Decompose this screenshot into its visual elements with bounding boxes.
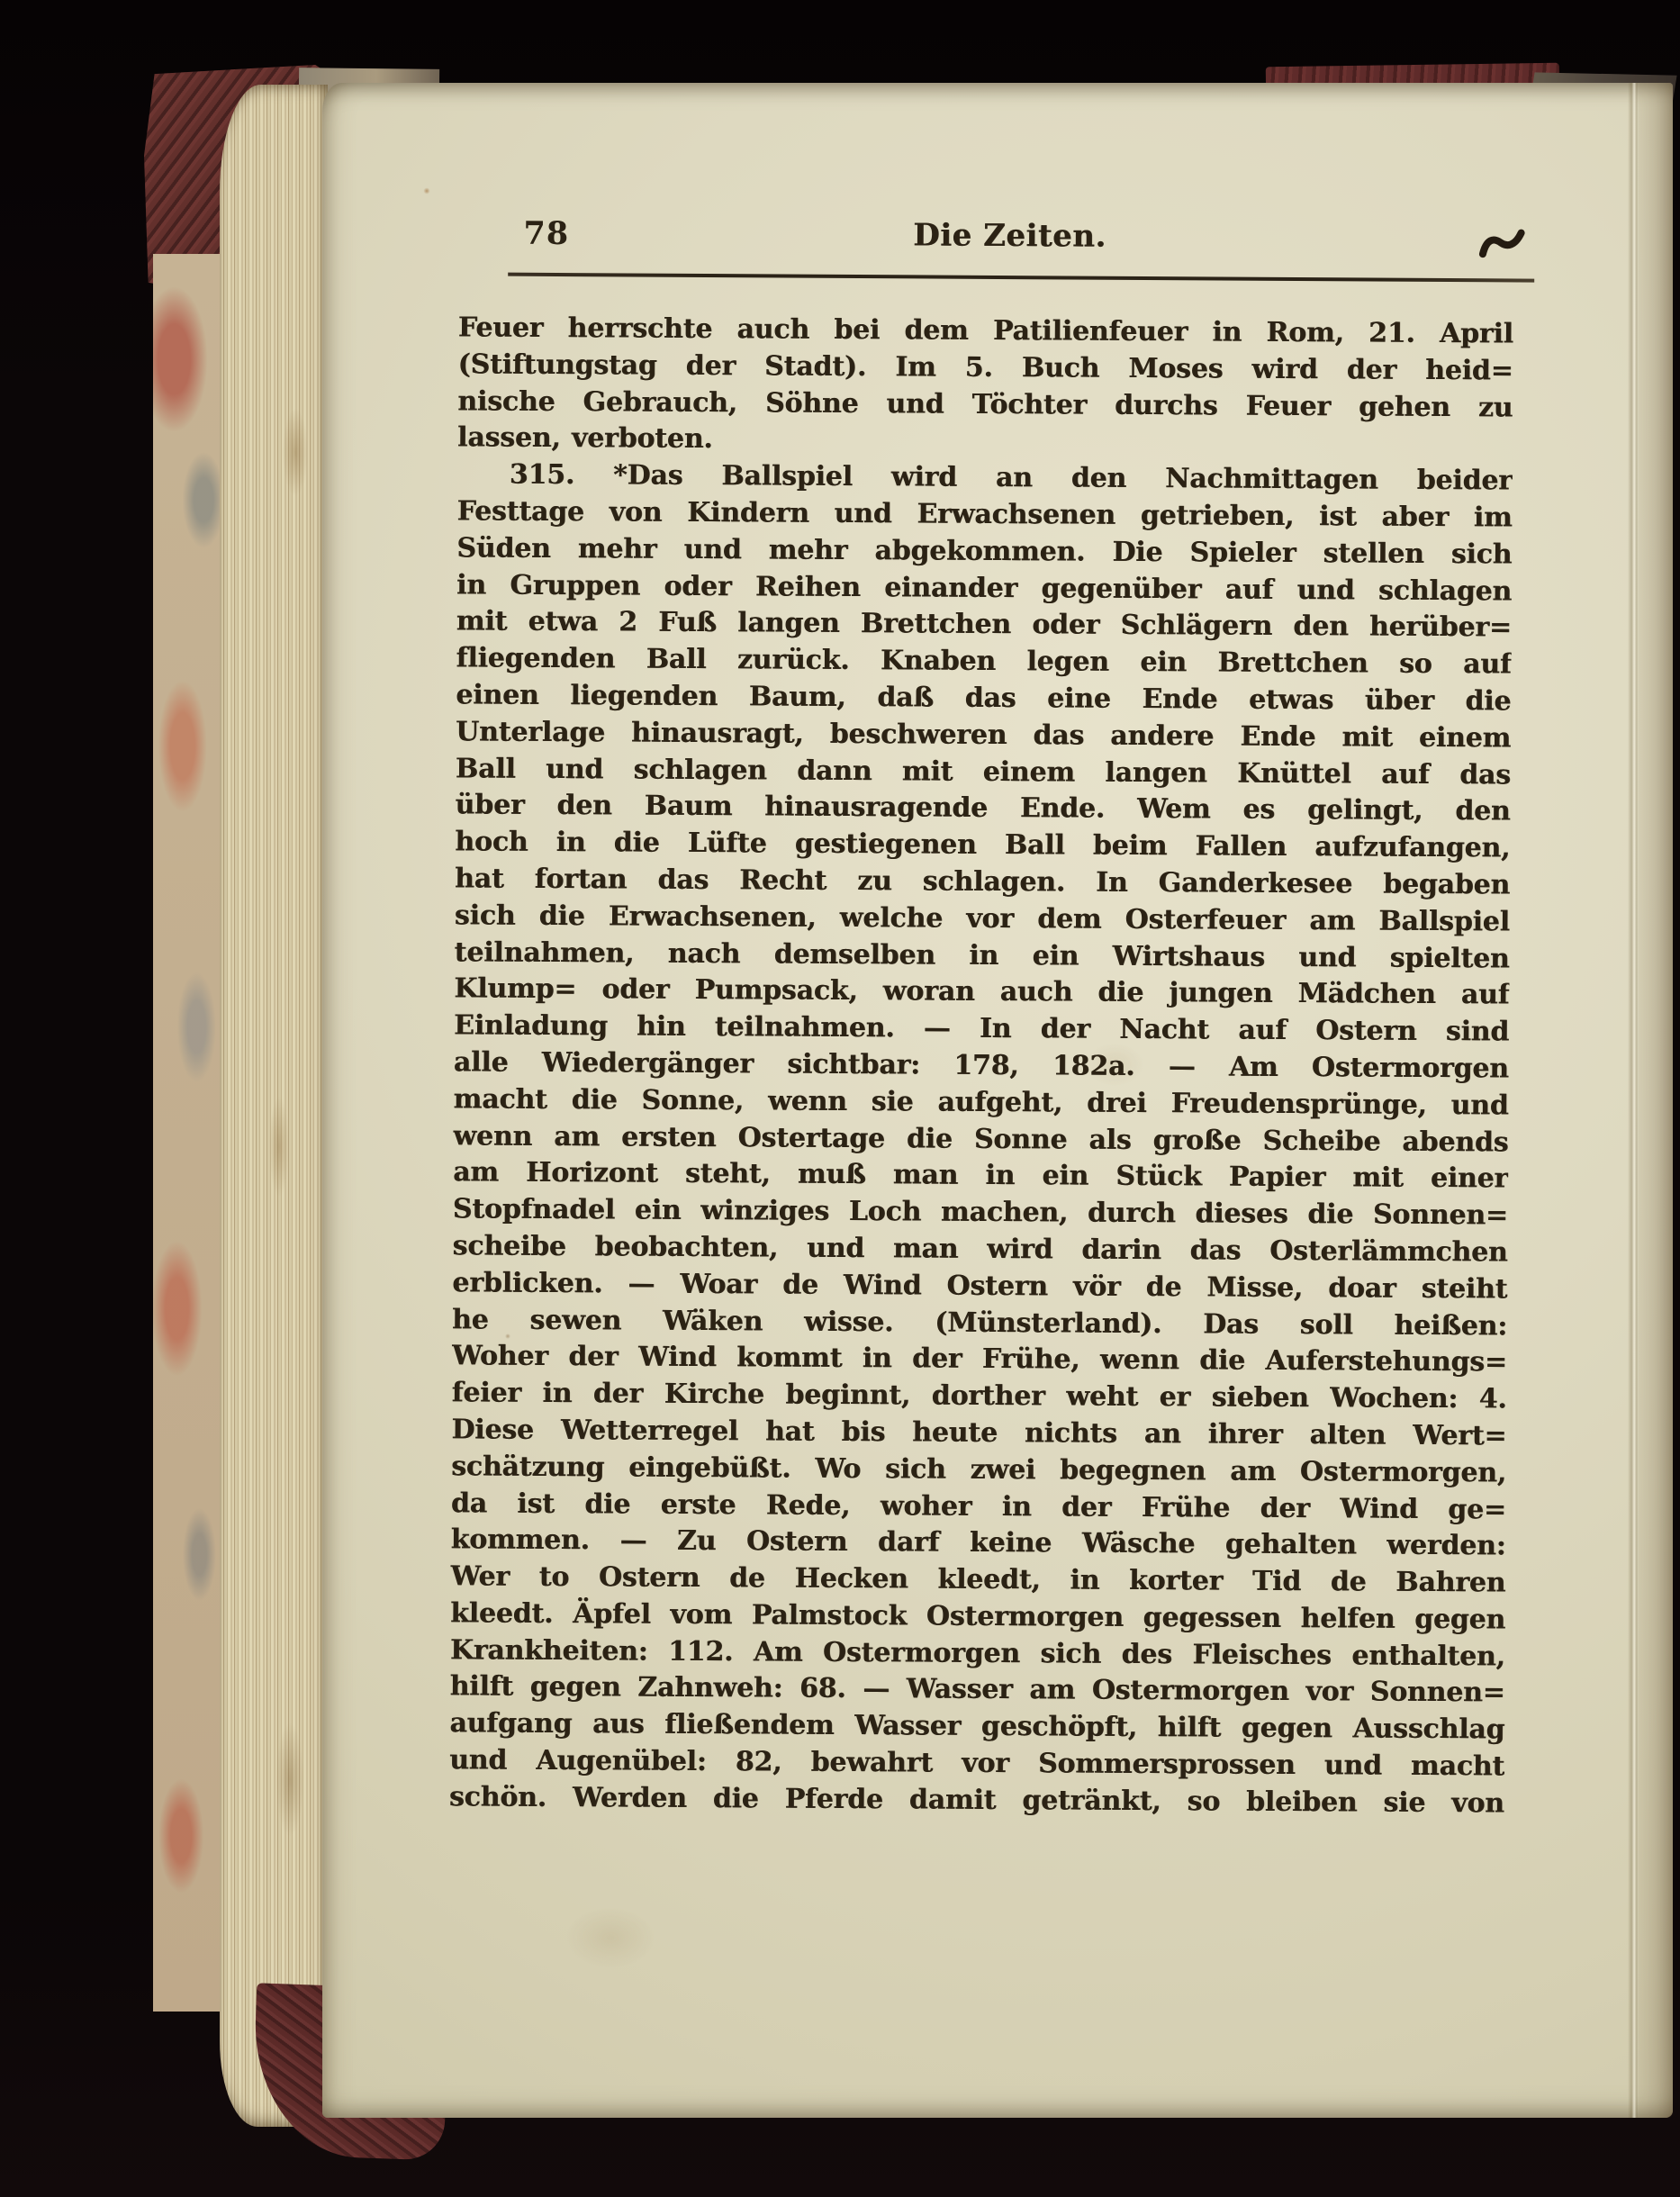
page-stack-fore-edge: [220, 85, 328, 2127]
text-line: fliegenden Ball zurück. Knaben legen ein…: [456, 640, 1511, 683]
text-line: Unterlage hinausragt, beschweren das and…: [456, 714, 1511, 757]
paragraph-continuation: Feuer herrschte auch bei dem Patilienfeu…: [457, 310, 1513, 463]
header-rule: [508, 273, 1534, 283]
text-line: schätzung eingebüßt. Wo sich zwei begegn…: [451, 1449, 1506, 1492]
text-line: erblicken. — Woar de Wind Ostern vör de …: [452, 1265, 1507, 1308]
text-line: da ist die erste Rede, woher in der Früh…: [451, 1486, 1506, 1529]
text-line: hat fortan das Recht zu schlagen. In Gan…: [455, 861, 1510, 904]
text-line: Süden mehr und mehr abgekommen. Die Spie…: [456, 530, 1512, 574]
text-line: alle Wiedergänger sichtbar: 178, 182a. —…: [454, 1044, 1509, 1088]
text-line: he sewen Wäken wisse. (Münsterland). Das…: [452, 1302, 1507, 1345]
text-line: teilnahmen, nach demselben in ein Wirtsh…: [454, 935, 1509, 978]
book-page: 78 Die Zeiten. Feuer herrschte auch bei …: [322, 83, 1673, 2118]
text-line: wenn am ersten Ostertage die Sonne als g…: [453, 1118, 1508, 1162]
text-line: Festtage von Kindern und Erwachsenen get…: [456, 493, 1512, 537]
text-line: nische Gebrauch, Söhne und Töchter durch…: [457, 384, 1513, 427]
text-line: Einladung hin teilnahmen. — In der Nacht…: [454, 1008, 1509, 1051]
text-line: Diese Wetterregel hat bis heute nichts a…: [451, 1412, 1506, 1455]
text-line: kommen. — Zu Ostern darf keine Wäsche ge…: [450, 1523, 1505, 1566]
running-header-title: Die Zeiten.: [913, 217, 1106, 254]
printed-content: 78 Die Zeiten. Feuer herrschte auch bei …: [315, 78, 1678, 2121]
text-line: feier in der Kirche beginnt, dorther weh…: [451, 1375, 1506, 1418]
text-line: schön. Werden die Pferde damit getränkt,…: [449, 1779, 1504, 1822]
printer-flourish-icon: [1477, 228, 1526, 260]
book-photo-scene: 78 Die Zeiten. Feuer herrschte auch bei …: [0, 0, 1680, 2197]
text-line: Woher der Wind kommt in der Frühe, wenn …: [452, 1339, 1507, 1382]
text-line: über den Baum hinausragende Ende. Wem es…: [455, 788, 1510, 831]
page-number: 78: [523, 215, 569, 252]
text-line: einen liegenden Baum, daß das eine Ende …: [456, 677, 1511, 720]
text-line: Feuer herrschte auch bei dem Patilienfeu…: [458, 310, 1513, 353]
text-line: in Gruppen oder Reihen einander gegenübe…: [456, 567, 1512, 610]
running-header: 78 Die Zeiten.: [458, 211, 1513, 267]
text-line: Wer to Ostern de Hecken kleedt, in korte…: [450, 1559, 1505, 1602]
text-line: und Augenübel: 82, bewahrt vor Sommerspr…: [449, 1742, 1504, 1786]
text-line: mit etwa 2 Fuß langen Brettchen oder Sch…: [456, 604, 1512, 647]
text-line: kleedt. Äpfel vom Palmstock Ostermorgen …: [450, 1596, 1505, 1639]
text-line: Ball und schlagen dann mit einem langen …: [456, 751, 1511, 794]
text-line: am Horizont steht, muß man in ein Stück …: [453, 1155, 1508, 1198]
text-line: scheibe beobachten, und man wird darin d…: [452, 1228, 1507, 1271]
paragraph-315: 315. *Das Ballspiel wird an den Nachmitt…: [449, 457, 1513, 1823]
marbled-endpaper-edge: [153, 254, 223, 2012]
text-line: Krankheiten: 112. Am Ostermorgen sich de…: [450, 1632, 1505, 1676]
text-line: aufgang aus fließendem Wasser geschöpft,…: [449, 1706, 1504, 1749]
body-text: Feuer herrschte auch bei dem Patilienfeu…: [449, 310, 1513, 1822]
text-line: lassen, verboten.: [457, 420, 1513, 464]
text-line: hoch in die Lüfte gestiegenen Ball beim …: [455, 824, 1510, 867]
text-line: sich die Erwachsenen, welche vor dem Ost…: [455, 898, 1510, 941]
text-line: Stopfnadel ein winziges Loch machen, dur…: [453, 1191, 1508, 1234]
text-line: Klump= oder Pumpsack, woran auch die jun…: [454, 972, 1509, 1015]
text-line: macht die Sonne, wenn sie aufgeht, drei …: [453, 1081, 1508, 1125]
text-line: hilft gegen Zahnweh: 68. — Wasser am Ost…: [449, 1669, 1504, 1713]
text-line: 315. *Das Ballspiel wird an den Nachmitt…: [457, 457, 1513, 501]
text-line: (Stiftungstag der Stadt). Im 5. Buch Mos…: [457, 347, 1513, 390]
